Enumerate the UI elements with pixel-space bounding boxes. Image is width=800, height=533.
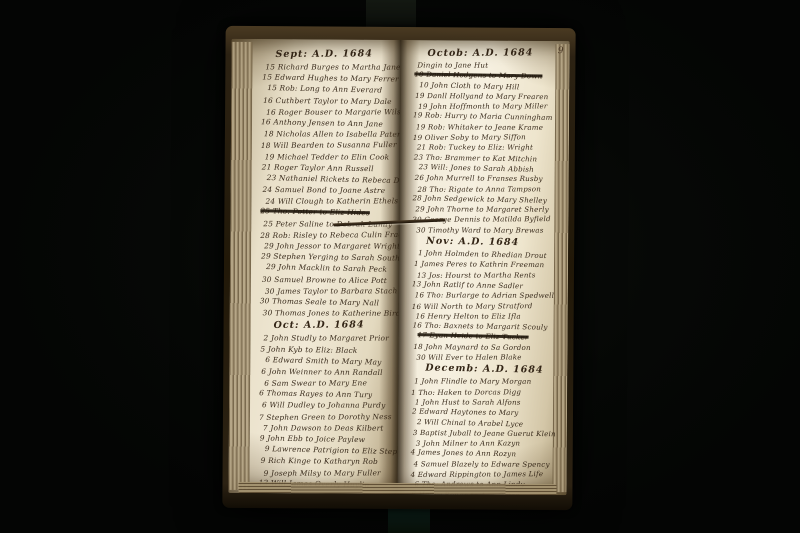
register-entry: 18 Will Bearden to Susanna Fuller — [261, 139, 398, 151]
page-edge-stack-bottom — [239, 482, 557, 495]
register-entry: 6 Will Dudley to Johanna Purdy — [262, 400, 396, 412]
open-pages: Sept: A.D. 168415 Richard Burges to Mart… — [228, 39, 569, 495]
register-entry: 9 Rich Kinge to Katharyn Rob — [261, 455, 396, 467]
right-page-text: Octob: A.D. 1684Dingin to Jane Hut10 Dan… — [397, 40, 569, 495]
register-entry: 1 Tho: Haken to Dorcas Digg — [411, 387, 547, 398]
register-book: Sept: A.D. 168415 Richard Burges to Mart… — [222, 26, 575, 510]
register-entry: 4 Samuel Blazely to Edware Spency — [414, 459, 547, 470]
month-header: Oct: A.D. 1684 — [274, 318, 397, 333]
register-entry: 1 James Peres to Kathrin Freeman — [414, 259, 548, 270]
right-page: Octob: A.D. 1684Dingin to Jane Hut10 Dan… — [397, 40, 569, 495]
register-entry: 2 John Studly to Margaret Prior — [263, 333, 396, 344]
left-page-text: Sept: A.D. 168415 Richard Burges to Mart… — [228, 39, 400, 494]
page-number: 9 — [558, 46, 564, 56]
register-entry: 19 Michael Tedder to Elin Cook — [265, 151, 398, 162]
month-header: Octob: A.D. 1684 — [427, 46, 549, 61]
register-entry: 16 Tho: Burlarge to Adrian Spedwell — [415, 291, 548, 302]
register-entry: 7 Stephen Green to Dorothy Ness — [259, 411, 396, 423]
register-entry: 26 John Murrell to Franses Rusby — [415, 173, 549, 184]
photo-scene: Sept: A.D. 168415 Richard Burges to Mart… — [0, 0, 800, 533]
register-entry: 16 Will North to Mary Stratford — [412, 301, 548, 312]
left-page: Sept: A.D. 168415 Richard Burges to Mart… — [228, 39, 400, 494]
register-entry: 6 John Weinner to Ann Randall — [261, 366, 396, 378]
month-header: Sept: A.D. 1684 — [275, 47, 398, 62]
register-entry: 28 Rob: Risley to Rebeca Culin Frae — [260, 229, 397, 241]
register-entry: 1 John Flindle to Mary Morgan — [414, 377, 547, 388]
register-entry: 16 Cuthbert Taylor to Mary Dale — [263, 94, 398, 106]
register-entry: 30 Samuel Browne to Alice Pott — [262, 273, 397, 285]
register-entry: 21 Rob: Tuckey to Eliz: Wright — [417, 143, 549, 154]
